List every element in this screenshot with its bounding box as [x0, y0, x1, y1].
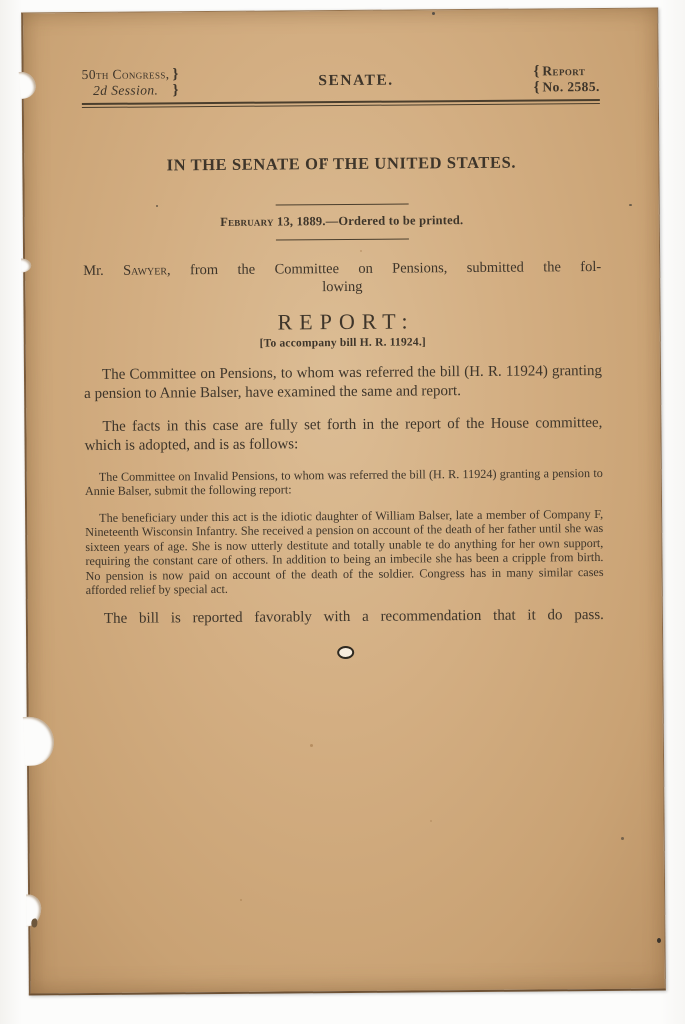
- submitter-name: Sawyer: [123, 262, 167, 278]
- torn-notch: [21, 258, 31, 272]
- torn-notch: [23, 716, 55, 766]
- congress-line: 50th Congress,: [82, 66, 170, 83]
- torn-edge-curl: [31, 918, 37, 927]
- body-paragraph: The Committee on Pensions, to whom was r…: [84, 362, 602, 403]
- paper-freckle: [240, 899, 242, 901]
- report-heading: REPORT:: [83, 307, 601, 337]
- edge-nick: [657, 938, 661, 943]
- paper-freckle: [430, 820, 432, 822]
- body-paragraph: The facts in this case are fully set for…: [84, 414, 602, 455]
- quoted-house-report: The Committee on Invalid Pensions, to wh…: [85, 466, 604, 598]
- accompany-note: [To accompany bill H. R. 11924.]: [84, 335, 602, 351]
- document-page: 50th Congress, 2d Session. } } SENATE. {…: [21, 8, 666, 996]
- paper-freckle: [360, 250, 362, 252]
- separator-rule: [275, 203, 408, 205]
- separator-rule: [275, 238, 408, 240]
- quoted-paragraph: The beneficiary under this act is the id…: [85, 507, 604, 598]
- closing-recommendation: The bill is reported favorably with a re…: [86, 606, 604, 629]
- left-facing-brace: { {: [533, 63, 539, 95]
- scan-speck: [432, 12, 435, 15]
- congress-session-block: 50th Congress, 2d Session. } }: [82, 66, 179, 99]
- scan-speck: [324, 158, 326, 161]
- page-title: IN THE SENATE OF THE UNITED STATES.: [82, 152, 600, 176]
- chamber-title: SENATE.: [318, 72, 393, 91]
- scan-speck: [156, 205, 158, 207]
- date-month: February: [220, 215, 274, 229]
- masthead: 50th Congress, 2d Session. } } SENATE. {…: [82, 63, 600, 99]
- masthead-double-rule: [82, 99, 600, 108]
- body-text: The Committee on Pensions, to whom was r…: [84, 362, 603, 455]
- paper-freckle: [310, 744, 313, 747]
- date-line: February 13, 1889.—Ordered to be printed…: [83, 212, 601, 231]
- torn-notch: [19, 71, 37, 99]
- report-label: Report: [542, 63, 599, 79]
- right-facing-brace: } }: [172, 66, 178, 98]
- page-content: 50th Congress, 2d Session. } } SENATE. {…: [81, 9, 604, 661]
- scan-speck: [629, 204, 632, 206]
- scan-speck: [621, 837, 624, 840]
- session-line: 2d Session.: [82, 82, 170, 99]
- date-rest: 13, 1889.—Ordered to be printed.: [274, 213, 464, 228]
- oval-printers-ornament: [337, 646, 354, 659]
- report-number: No. 2585.: [542, 79, 599, 95]
- report-number-block: { { Report No. 2585.: [533, 63, 599, 96]
- quoted-paragraph: The Committee on Invalid Pensions, to wh…: [85, 466, 603, 499]
- submission-statement: Mr. Sawyer, from the Committee on Pensio…: [83, 259, 601, 298]
